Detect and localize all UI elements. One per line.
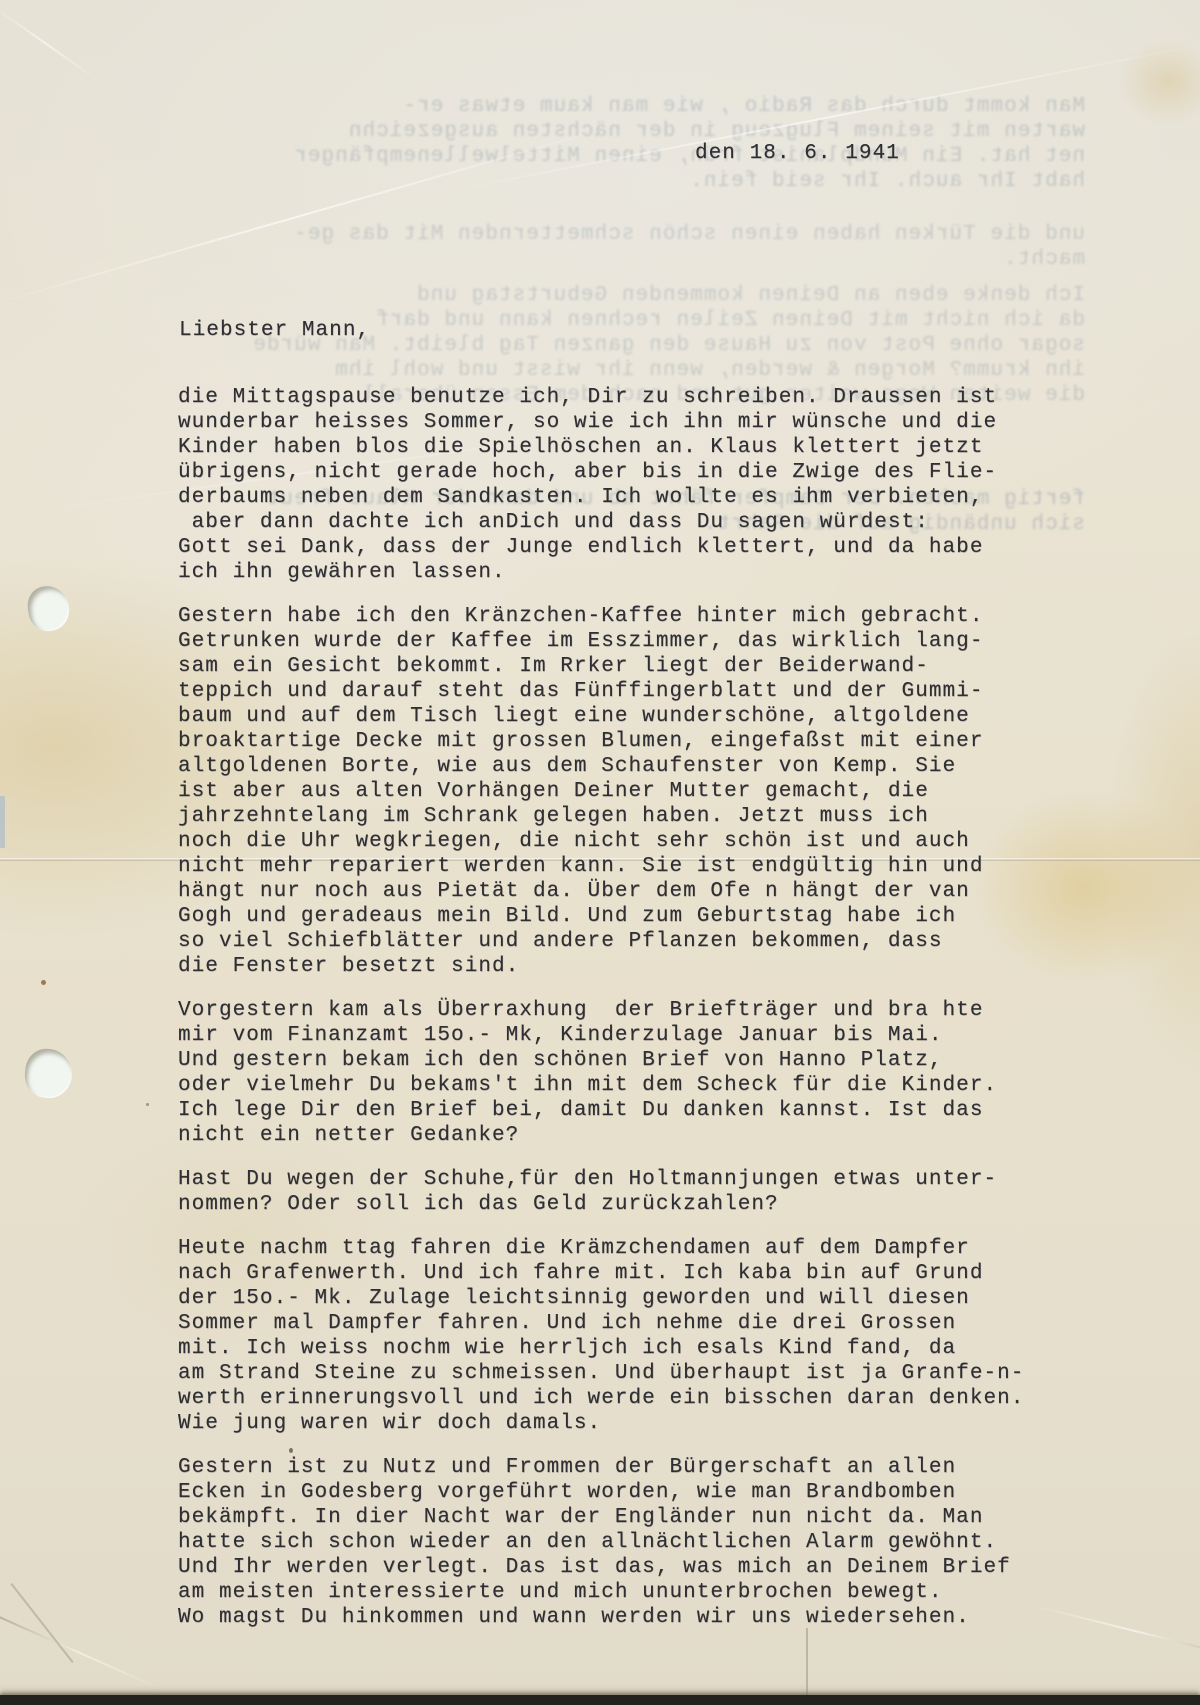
crease-line <box>0 1615 163 1690</box>
letter-line: Gogh und geradeaus mein Bild. Und zum Ge… <box>178 904 1024 929</box>
letter-line: aber dann dachte ich anDich und dass Du … <box>178 510 1024 535</box>
letter-line: derbaums neben dem Sandkasten. Ich wollt… <box>178 485 1024 510</box>
letter-line: Hast Du wegen der Schuhe,für den Holtman… <box>178 1167 1024 1192</box>
date-line: den 18. 6. 1941 <box>695 141 900 166</box>
letter-line: Ich lege Dir den Brief bei, damit Du dan… <box>178 1098 1024 1123</box>
letter-line: ist aber aus alten Vorhängen Deiner Mutt… <box>178 779 1024 804</box>
letter-line: altgoldenen Borte, wie aus dem Schaufens… <box>178 754 1024 779</box>
letter-line: Getrunken wurde der Kaffee im Esszimmer,… <box>178 629 1024 654</box>
letter-line: jahrzehntelang im Schrank gelegen haben.… <box>178 804 1024 829</box>
bleedthrough-text: Man kommt durch das Radio , wie man kaum… <box>175 94 1085 194</box>
letter-paragraph: die Mittagspause benutze ich, Dir zu sch… <box>178 385 1024 585</box>
letter-paragraph: Gestern ist zu Nutz und Frommen der Bürg… <box>178 1455 1024 1630</box>
letter-line: ich ihn gewähren lassen. <box>178 560 1024 585</box>
letter-line: mit. Ich weiss nochm wie herrljch ich es… <box>178 1336 1024 1361</box>
letter-line: oder vielmehr Du bekams't ihn mit dem Sc… <box>178 1073 1024 1098</box>
letter-line: Sommer mal Dampfer fahren. Und ich nehme… <box>178 1311 1024 1336</box>
scan-left-edge-sliver <box>0 796 5 848</box>
letter-line: nicht mehr repariert werden kann. Sie is… <box>178 854 1024 879</box>
letter-line: Und Ihr werden verlegt. Das ist das, was… <box>178 1555 1024 1580</box>
letter-line: am Strand Steine zu schmeissen. Und über… <box>178 1361 1024 1386</box>
letter-line: bekämpft. In dier Nacht war der Englände… <box>178 1505 1024 1530</box>
letter-line: am meisten interessierte und mich ununte… <box>178 1580 1024 1605</box>
crease-line <box>1033 1605 1200 1658</box>
letter-line: übrigens, nicht gerade hoch, aber bis in… <box>178 460 1024 485</box>
greeting-line: Liebster Mann, <box>179 318 370 343</box>
crease-line <box>0 5 99 81</box>
letter-line: Gestern ist zu Nutz und Frommen der Bürg… <box>178 1455 1024 1480</box>
letter-paragraph: Vorgestern kam als Überraxhung der Brief… <box>178 998 1024 1148</box>
letter-line: nicht ein netter Gedanke? <box>178 1123 1024 1148</box>
letter-line: der 15o.- Mk. Zulage leichtsinnig geword… <box>178 1286 1024 1311</box>
crease-line <box>10 1583 73 1663</box>
letter-line: die Mittagspause benutze ich, Dir zu sch… <box>178 385 1024 410</box>
letter-line: Gott sei Dank, dass der Junge endlich kl… <box>178 535 1024 560</box>
scanner-edge <box>0 1695 1200 1705</box>
bleedthrough-text: und die Türken haben einen schön schmett… <box>175 222 1085 272</box>
letter-line: broaktartige Decke mit grossen Blumen, e… <box>178 729 1024 754</box>
letter-line: Vorgestern kam als Überraxhung der Brief… <box>178 998 1024 1023</box>
letter-line: Ecken in Godesberg vorgeführt worden, wi… <box>178 1480 1024 1505</box>
letter-scan-page: Man kommt durch das Radio , wie man kaum… <box>0 0 1200 1705</box>
letter-body: die Mittagspause benutze ich, Dir zu sch… <box>178 385 1024 1649</box>
letter-line: so viel Schiefblätter und andere Pflanze… <box>178 929 1024 954</box>
letter-line: nommen? Oder soll ich das Geld zurückzah… <box>178 1192 1024 1217</box>
letter-line: hatte sich schon wieder an den allnächtl… <box>178 1530 1024 1555</box>
letter-line: die Fenster besetzt sind. <box>178 954 1024 979</box>
letter-line: Heute nachm ttag fahren die Krämzchendam… <box>178 1236 1024 1261</box>
letter-paragraph: Hast Du wegen der Schuhe,für den Holtman… <box>178 1167 1024 1217</box>
letter-line: hängt nur noch aus Pietät da. Über dem O… <box>178 879 1024 904</box>
letter-paragraph: Heute nachm ttag fahren die Krämzchendam… <box>178 1236 1024 1436</box>
letter-line: sam ein Gesicht bekommt. Im Rrker liegt … <box>178 654 1024 679</box>
letter-line: Und gestern bekam ich den schönen Brief … <box>178 1048 1024 1073</box>
punch-hole <box>23 1047 75 1101</box>
letter-line: wunderbar heisses Sommer, so wie ich ihn… <box>178 410 1024 435</box>
letter-line: Gestern habe ich den Kränzchen-Kaffee hi… <box>178 604 1024 629</box>
letter-line: Wo magst Du hinkommen und wann werden wi… <box>178 1605 1024 1630</box>
punch-hole <box>25 583 72 633</box>
letter-line: baum und auf dem Tisch liegt eine wunder… <box>178 704 1024 729</box>
letter-line: Kinder haben blos die Spielhöschen an. K… <box>178 435 1024 460</box>
letter-line: mir vom Finanzamt 15o.- Mk, Kinderzulage… <box>178 1023 1024 1048</box>
letter-line: noch die Uhr wegkriegen, die nicht sehr … <box>178 829 1024 854</box>
paper-speck <box>146 1103 149 1106</box>
letter-line: teppich und darauf steht das Fünffingerb… <box>178 679 1024 704</box>
letter-line: Wie jung waren wir doch damals. <box>178 1411 1024 1436</box>
paper-speck <box>41 980 46 985</box>
letter-line: nach Grafenwerth. Und ich fahre mit. Ich… <box>178 1261 1024 1286</box>
letter-paragraph: Gestern habe ich den Kränzchen-Kaffee hi… <box>178 604 1024 979</box>
letter-line: werth erinnerungsvoll und ich werde ein … <box>178 1386 1024 1411</box>
